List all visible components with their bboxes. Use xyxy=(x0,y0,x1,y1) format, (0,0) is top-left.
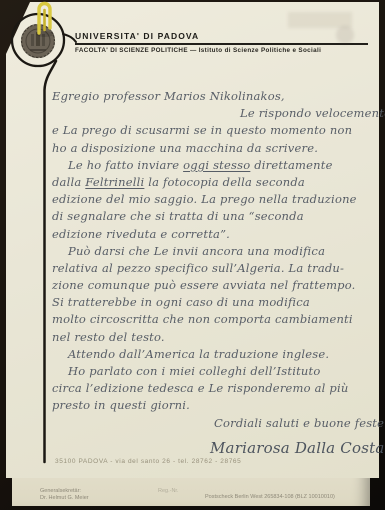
handwritten-line: Attendo dall’America la traduzione ingle… xyxy=(52,346,376,363)
line-segment: direttamente xyxy=(250,158,332,172)
handwritten-line: Le ho fatto inviare oggi stesso direttam… xyxy=(52,157,376,174)
underlined-words: oggi stesso xyxy=(183,158,250,172)
handwritten-line: nel resto del testo. xyxy=(52,329,376,346)
handwritten-line: relativa al pezzo specifico sull’Algeria… xyxy=(52,260,376,277)
salutation: Egregio professor Marios Nikolinakos, xyxy=(52,88,376,105)
handwritten-line: Le rispondo velocemente xyxy=(52,105,376,122)
under-sheet-line: Dr. Helmut G. Meier xyxy=(40,495,89,502)
under-sheet-line: Generalsekretär: xyxy=(40,488,89,495)
handwritten-line: e La prego di scusarmi se in questo mome… xyxy=(52,122,376,139)
scanned-letter-photo: UNIVERSITA' DI PADOVA FACOLTA' DI SCIENZ… xyxy=(0,0,385,510)
handwritten-line: presto in questi giorni. xyxy=(52,397,376,414)
footer-address: 35100 PADOVA - via del santo 26 - tel. 2… xyxy=(55,458,241,465)
underlined-words: Feltrinelli xyxy=(85,175,144,189)
handwritten-line: Si tratterebbe in ogni caso di una modif… xyxy=(52,294,376,311)
letterhead-university: UNIVERSITA' DI PADOVA xyxy=(75,31,199,41)
handwritten-line: edizione del mio saggio. La prego nella … xyxy=(52,191,376,208)
line-segment: dalla xyxy=(52,175,85,189)
letterhead-faculty: FACOLTA' DI SCIENZE POLITICHE — Istituto… xyxy=(75,47,321,54)
signature: Mariarosa Dalla Costa xyxy=(52,438,376,458)
handwritten-line: Può darsi che Le invii ancora una modifi… xyxy=(52,243,376,260)
under-sheet-generalsekretaer: Generalsekretär: Dr. Helmut G. Meier xyxy=(40,488,89,502)
under-sheet-postscheck: Postscheck Berlin West 265834-108 (BLZ 1… xyxy=(205,494,335,501)
handwritten-line: circa l’edizione tedesca e Le rispondere… xyxy=(52,380,376,397)
bleed-through-stamp xyxy=(336,26,354,44)
handwritten-line: zione comunque può essere avviata nel fr… xyxy=(52,277,376,294)
handwritten-line: ho a disposizione una macchina da scrive… xyxy=(52,140,376,157)
closing-line: Cordiali saluti e buone feste ! xyxy=(52,415,376,432)
handwritten-line: di segnalare che si tratta di una “secon… xyxy=(52,208,376,225)
handwritten-line: dalla Feltrinelli la fotocopia della sec… xyxy=(52,174,376,191)
line-segment: Le ho fatto inviare xyxy=(68,158,183,172)
handwritten-line: edizione riveduta e corretta”. xyxy=(52,226,376,243)
letterhead-rule xyxy=(75,43,368,45)
line-segment: la fotocopia della seconda xyxy=(144,175,305,189)
handwritten-line: molto circoscritta che non comporta camb… xyxy=(52,311,376,328)
letter-body: Egregio professor Marios Nikolinakos, Le… xyxy=(52,88,376,458)
handwritten-line: Ho parlato con i miei colleghi dell’Isti… xyxy=(52,363,376,380)
under-sheet-reg-nr: Reg.-Nr. xyxy=(158,488,178,495)
